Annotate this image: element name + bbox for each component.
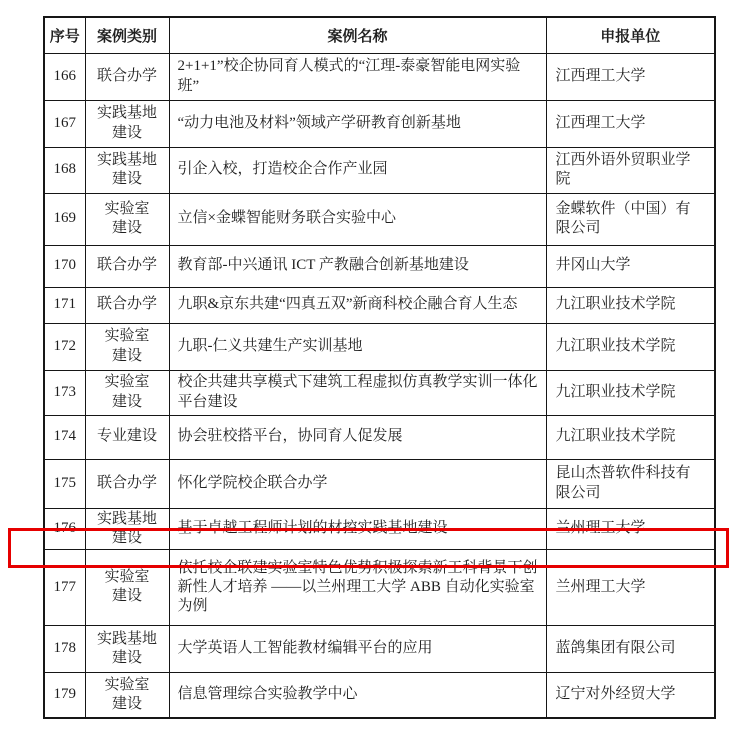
header-no: 序号 [44,17,85,53]
cell-type: 联合办学 [85,245,169,287]
cell-unit: 金蝶软件（中国）有限公司 [546,193,715,245]
header-unit: 申报单位 [546,17,715,53]
table-row-178: 178实践基地 建设大学英语人工智能教材编辑平台的应用蓝鸽集团有限公司 [44,625,715,672]
table-row-172: 172实验室 建设九职-仁义共建生产实训基地九江职业技术学院 [44,323,715,370]
cell-name: 校企共建共享模式下建筑工程虚拟仿真教学实训一体化平台建设 [169,370,546,415]
cell-unit: 昆山杰普软件科技有限公司 [546,459,715,508]
table-row-176: 176实践基地 建设基于卓越工程师计划的材控实践基地建设兰州理工大学 [44,508,715,549]
cell-no: 166 [44,53,85,100]
table-row-166: 166联合办学2+1+1”校企协同育人模式的“江理-泰豪智能电网实验班”江西理工… [44,53,715,100]
cell-no: 171 [44,287,85,323]
table-row-167: 167实践基地 建设“动力电池及材料”领域产学研教育创新基地江西理工大学 [44,100,715,147]
cell-no: 177 [44,549,85,625]
cell-unit: 九江职业技术学院 [546,415,715,459]
cell-name: “动力电池及材料”领域产学研教育创新基地 [169,100,546,147]
cell-name: 信息管理综合实验教学中心 [169,672,546,718]
cell-name: 怀化学院校企联合办学 [169,459,546,508]
header-name: 案例名称 [169,17,546,53]
table-row-169: 169实验室 建设立信×金蝶智能财务联合实验中心金蝶软件（中国）有限公司 [44,193,715,245]
table-row-177: 177实验室 建设依托校企联建实验室特色优势积极探索新工科背景下创新性人才培养 … [44,549,715,625]
cell-name: 协会驻校搭平台，协同育人促发展 [169,415,546,459]
cell-type: 实验室 建设 [85,370,169,415]
cell-name: 教育部-中兴通讯 ICT 产教融合创新基地建设 [169,245,546,287]
table-header-row: 序号案例类别案例名称申报单位 [44,17,715,53]
cell-name: 依托校企联建实验室特色优势积极探索新工科背景下创新性人才培养 ——以兰州理工大学… [169,549,546,625]
cell-no: 179 [44,672,85,718]
cell-no: 170 [44,245,85,287]
cell-no: 169 [44,193,85,245]
header-type: 案例类别 [85,17,169,53]
cell-name: 引企入校，打造校企合作产业园 [169,147,546,193]
cell-type: 实践基地 建设 [85,100,169,147]
document-page: 序号案例类别案例名称申报单位 166联合办学2+1+1”校企协同育人模式的“江理… [0,0,735,731]
cell-no: 167 [44,100,85,147]
cell-unit: 江西理工大学 [546,100,715,147]
cell-no: 172 [44,323,85,370]
cell-unit: 江西外语外贸职业学院 [546,147,715,193]
table-row-168: 168实践基地 建设引企入校，打造校企合作产业园江西外语外贸职业学院 [44,147,715,193]
cell-type: 实验室 建设 [85,549,169,625]
cell-name: 2+1+1”校企协同育人模式的“江理-泰豪智能电网实验班” [169,53,546,100]
cell-unit: 辽宁对外经贸大学 [546,672,715,718]
cell-unit: 兰州理工大学 [546,549,715,625]
cell-unit: 九江职业技术学院 [546,323,715,370]
cell-name: 基于卓越工程师计划的材控实践基地建设 [169,508,546,549]
table-row-170: 170联合办学教育部-中兴通讯 ICT 产教融合创新基地建设井冈山大学 [44,245,715,287]
cell-unit: 井冈山大学 [546,245,715,287]
cell-no: 175 [44,459,85,508]
table-row-174: 174专业建设协会驻校搭平台，协同育人促发展九江职业技术学院 [44,415,715,459]
cell-unit: 蓝鸽集团有限公司 [546,625,715,672]
cell-type: 联合办学 [85,53,169,100]
cell-type: 实验室 建设 [85,193,169,245]
cell-type: 专业建设 [85,415,169,459]
cell-unit: 九江职业技术学院 [546,287,715,323]
cell-no: 178 [44,625,85,672]
cell-unit: 江西理工大学 [546,53,715,100]
cases-table: 序号案例类别案例名称申报单位 166联合办学2+1+1”校企协同育人模式的“江理… [43,16,716,719]
cell-name: 九职&京东共建“四真五双”新商科校企融合育人生态 [169,287,546,323]
cell-type: 实验室 建设 [85,672,169,718]
cell-name: 九职-仁义共建生产实训基地 [169,323,546,370]
cell-type: 联合办学 [85,287,169,323]
cell-type: 实践基地 建设 [85,147,169,193]
cell-unit: 兰州理工大学 [546,508,715,549]
cell-type: 实验室 建设 [85,323,169,370]
cell-name: 大学英语人工智能教材编辑平台的应用 [169,625,546,672]
cell-no: 168 [44,147,85,193]
cell-no: 173 [44,370,85,415]
table-row-171: 171联合办学九职&京东共建“四真五双”新商科校企融合育人生态九江职业技术学院 [44,287,715,323]
cell-name: 立信×金蝶智能财务联合实验中心 [169,193,546,245]
cell-unit: 九江职业技术学院 [546,370,715,415]
table-row-175: 175联合办学怀化学院校企联合办学昆山杰普软件科技有限公司 [44,459,715,508]
table-row-173: 173实验室 建设校企共建共享模式下建筑工程虚拟仿真教学实训一体化平台建设九江职… [44,370,715,415]
table-row-179: 179实验室 建设信息管理综合实验教学中心辽宁对外经贸大学 [44,672,715,718]
cell-type: 实践基地 建设 [85,508,169,549]
cell-no: 174 [44,415,85,459]
cell-no: 176 [44,508,85,549]
cell-type: 实践基地 建设 [85,625,169,672]
cell-type: 联合办学 [85,459,169,508]
